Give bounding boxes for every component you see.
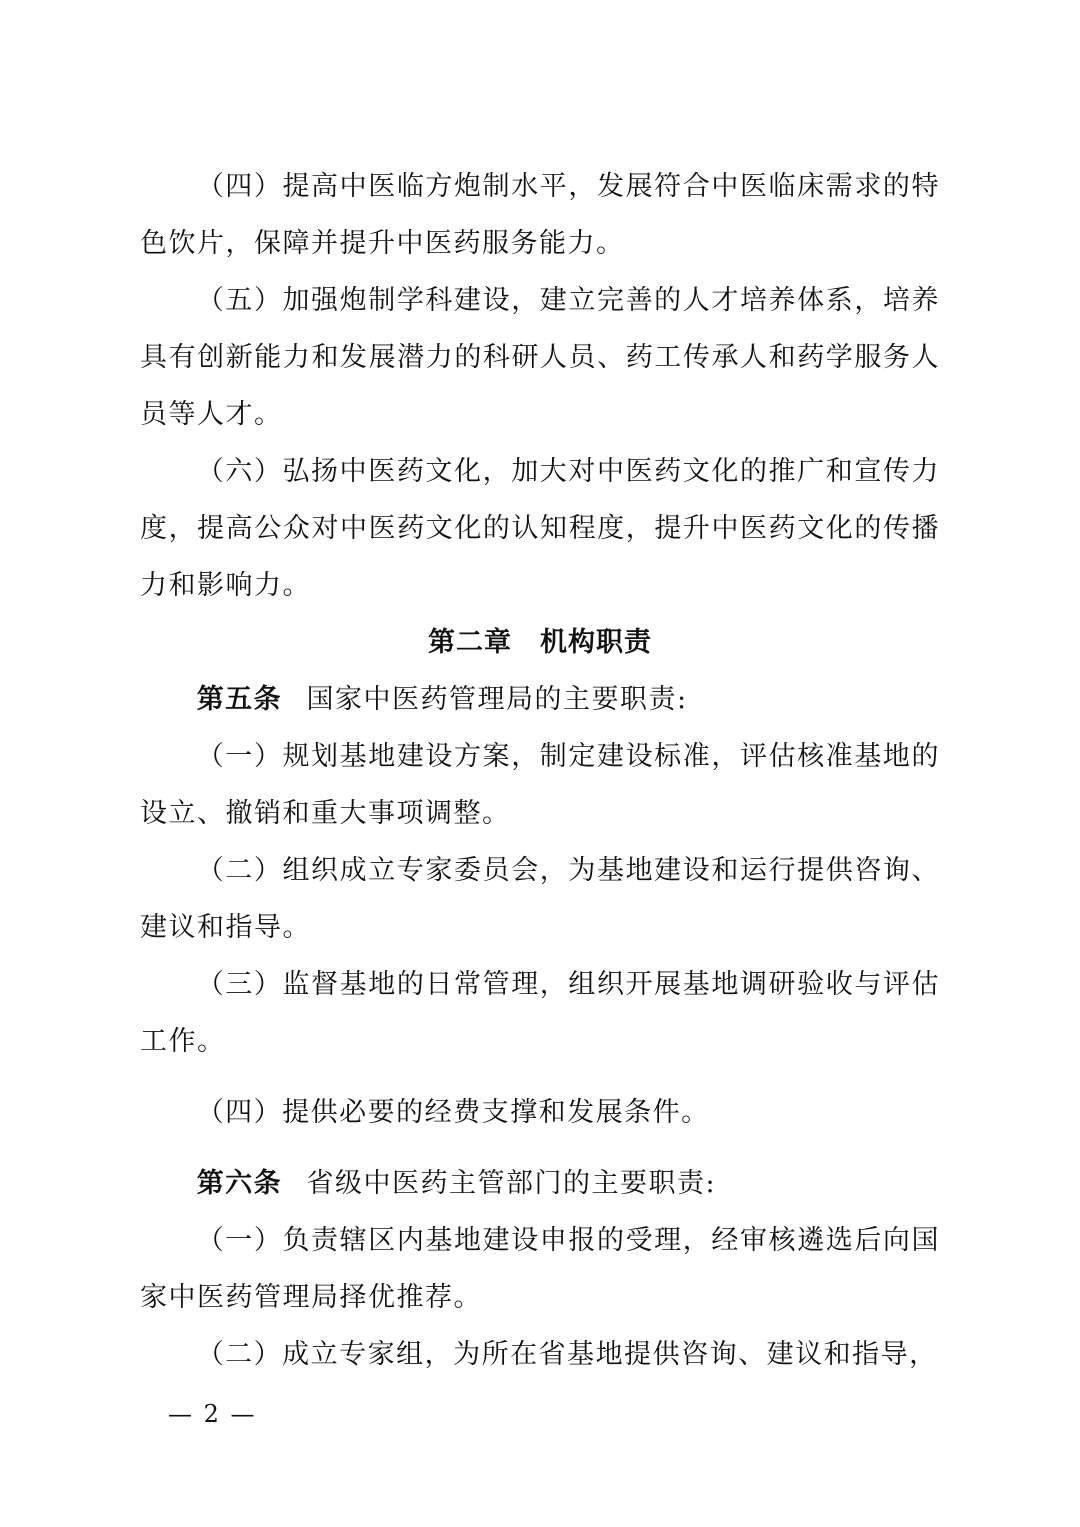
article-5-item-4: （四）提供必要的经费支撑和发展条件。: [140, 1084, 940, 1141]
article-6-intro: 第六条省级中医药主管部门的主要职责:: [140, 1155, 940, 1212]
article-6-heading: 第六条: [197, 1168, 283, 1199]
paragraph-item-4: （四）提高中医临方炮制水平，发展符合中医临床需求的特色饮片，保障并提升中医药服务…: [140, 158, 940, 272]
paragraph-item-6: （六）弘扬中医药文化，加大对中医药文化的推广和宣传力度，提高公众对中医药文化的认…: [140, 443, 940, 614]
paragraph-item-5: （五）加强炮制学科建设，建立完善的人才培养体系，培养具有创新能力和发展潜力的科研…: [140, 272, 940, 443]
article-5-item-1: （一）规划基地建设方案，制定建设标准，评估核准基地的设立、撤销和重大事项调整。: [140, 728, 940, 842]
article-5-item-3: （三）监督基地的日常管理，组织开展基地调研验收与评估工作。: [140, 956, 940, 1070]
article-5-intro-text: 国家中医药管理局的主要职责:: [306, 684, 687, 715]
article-6-item-1: （一）负责辖区内基地建设申报的受理，经审核遴选后向国家中医药管理局择优推荐。: [140, 1212, 940, 1326]
chapter-title: 第二章 机构职责: [140, 614, 940, 671]
article-6-item-2: （二）成立专家组，为所在省基地提供咨询、建议和指导，: [140, 1326, 940, 1383]
article-5-intro: 第五条国家中医药管理局的主要职责:: [140, 671, 940, 728]
page-number: — 2 —: [168, 1400, 257, 1428]
document-page: （四）提高中医临方炮制水平，发展符合中医临床需求的特色饮片，保障并提升中医药服务…: [140, 158, 940, 1383]
article-6-intro-text: 省级中医药主管部门的主要职责:: [306, 1168, 716, 1199]
article-5-heading: 第五条: [197, 684, 283, 715]
article-5-item-2: （二）组织成立专家委员会，为基地建设和运行提供咨询、建议和指导。: [140, 842, 940, 956]
